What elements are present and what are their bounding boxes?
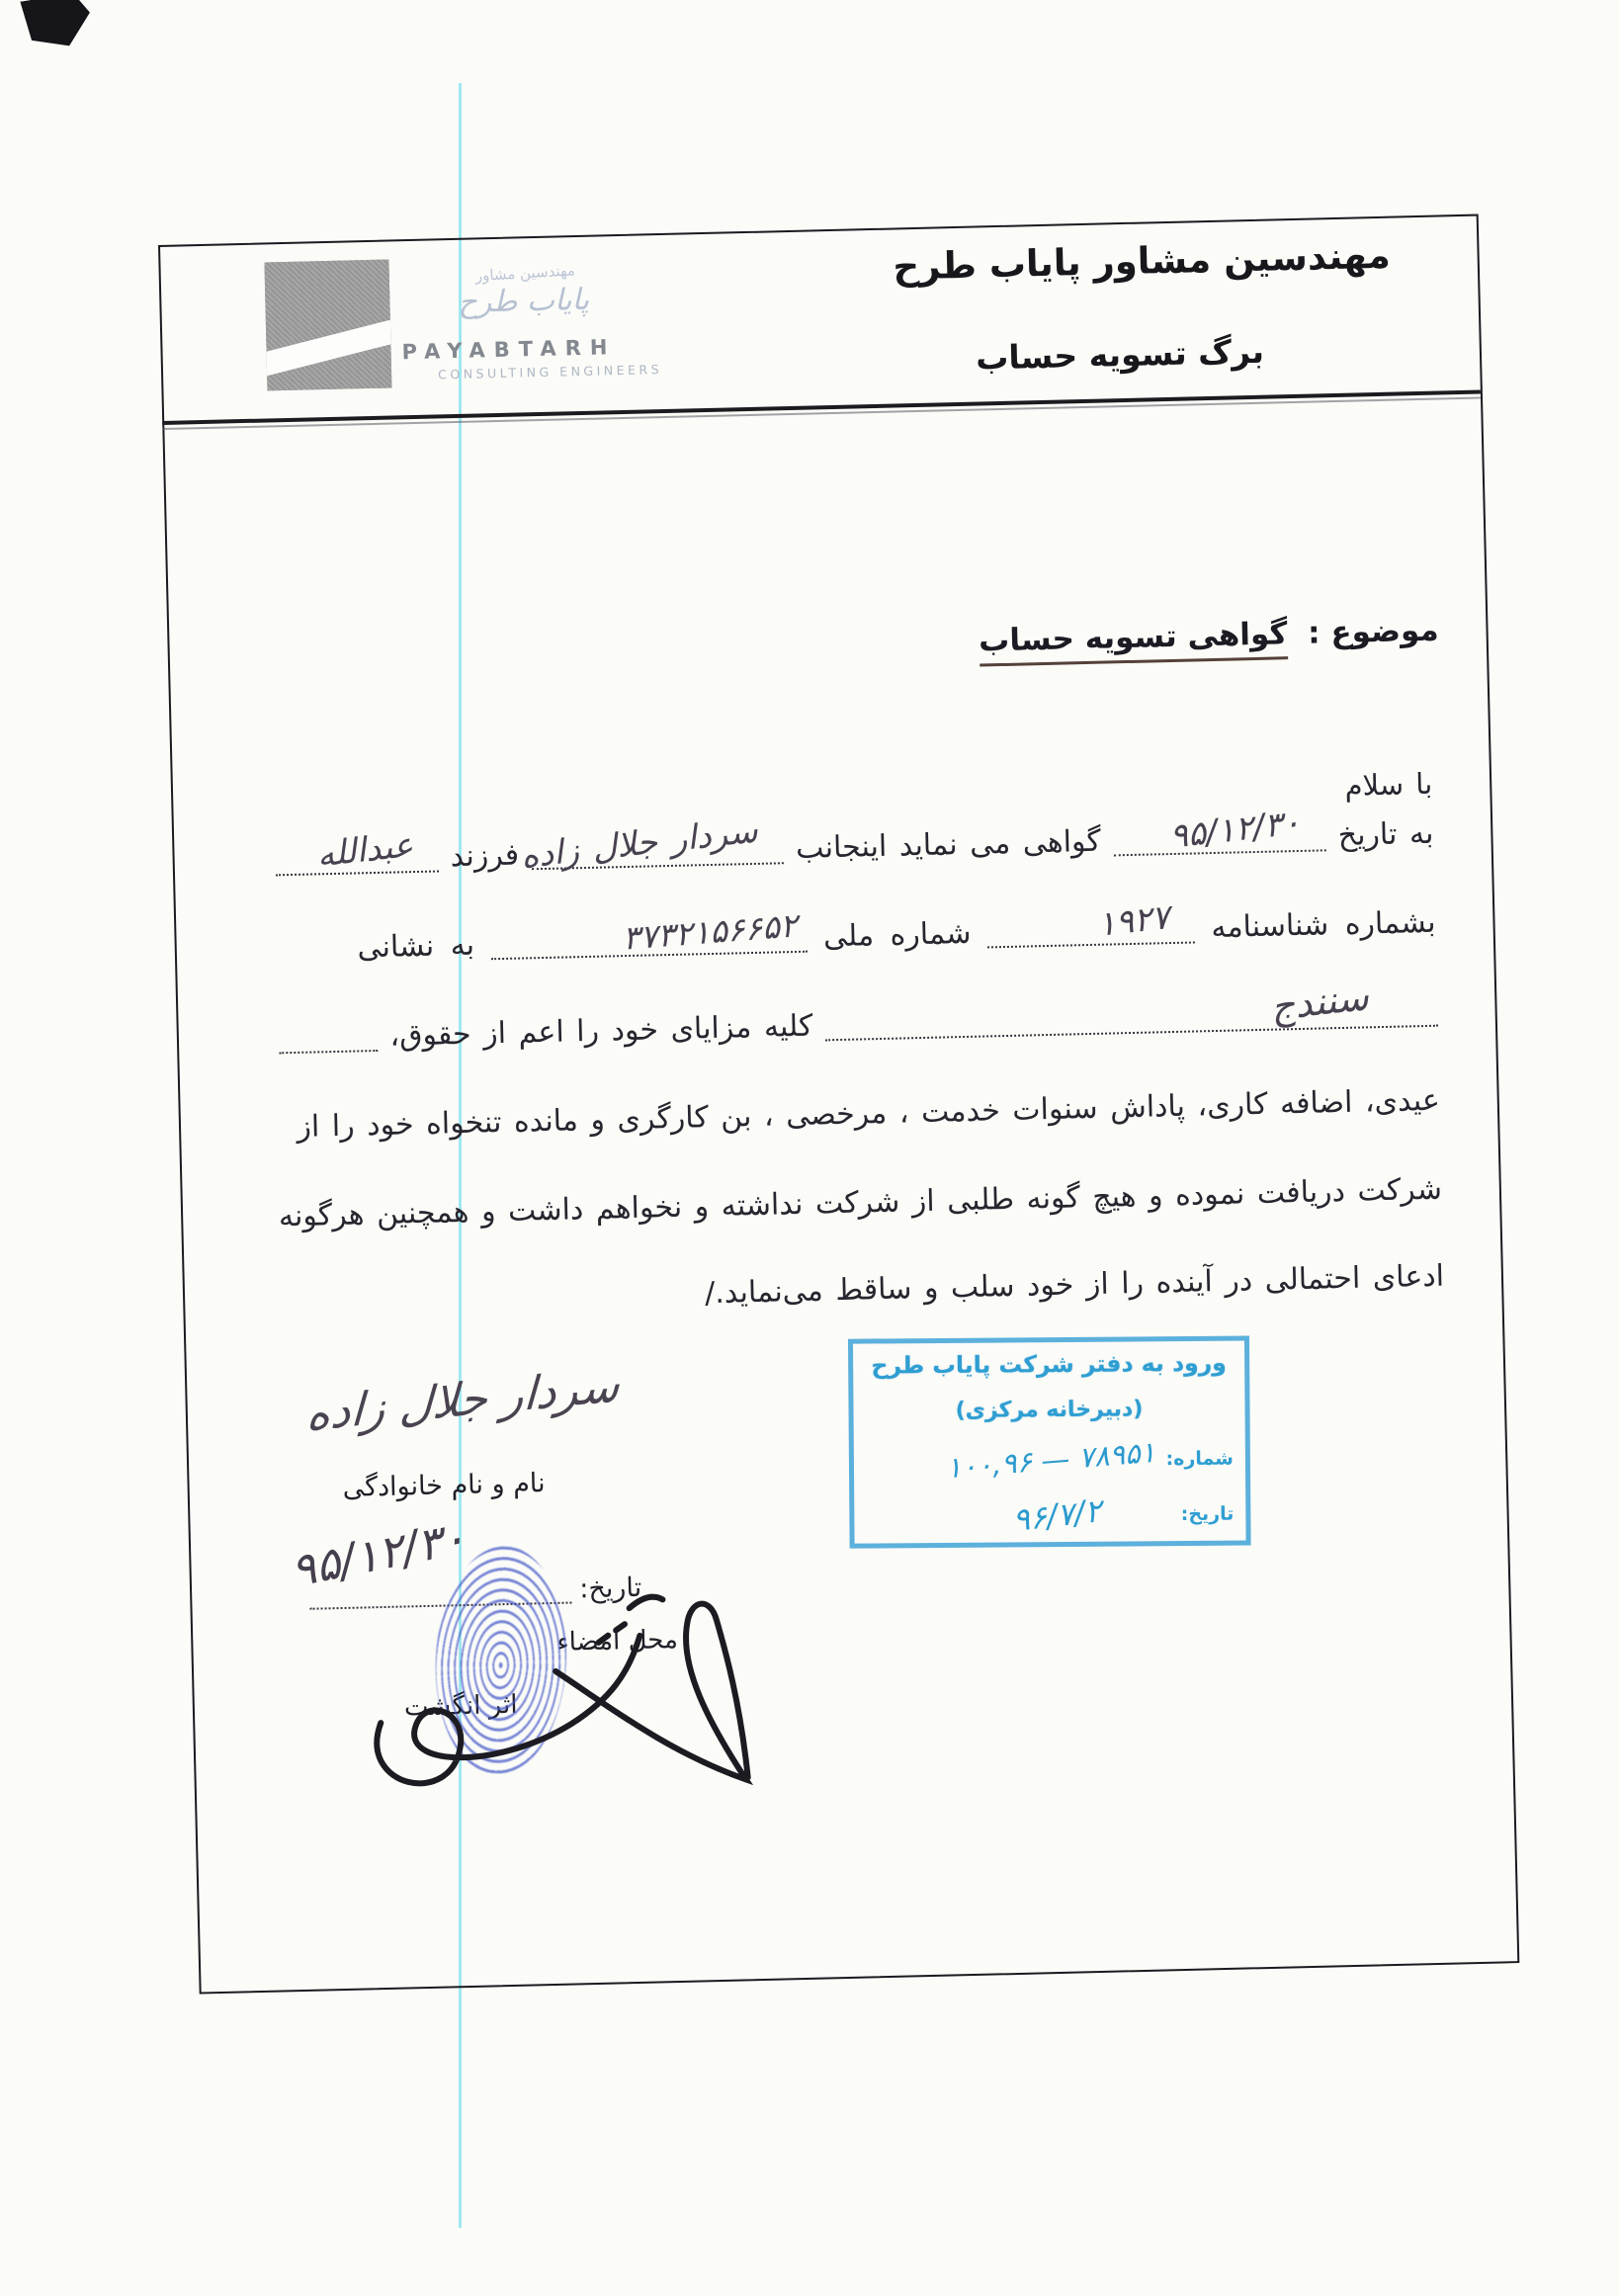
handwritten-signature-name: سردار جلال زاده (305, 1358, 621, 1441)
label-to-date: به تاریخ (1337, 816, 1433, 853)
name-surname-label: نام و نام خانوادگی (342, 1468, 546, 1503)
form-title: برگ تسویه حساب (976, 332, 1265, 378)
cert-no-blank-field: ۱۹۲۷ (987, 911, 1196, 948)
body-line-2: به تاریخ ۹۵/۱۲/۳۰ گواهی می نماید اینجانب… (210, 816, 1433, 880)
body-line-6: شرکت دریافت نموده و هیچ گونه طلبی از شرک… (218, 1172, 1442, 1235)
stamp-subtitle: (دبیرخانه مرکزی) (865, 1397, 1233, 1424)
body-line-4: سنندج کلیه مزایای خود را اعم از حقوق، (214, 994, 1438, 1058)
subject-value: گواهی تسویه حساب (979, 616, 1288, 666)
body-line-4-text: کلیه مزایای خود را اعم از حقوق، (389, 1009, 813, 1054)
body-line-5: عیدی، اضافه کاری، پاداش سنوات خدمت ، مرخ… (216, 1083, 1440, 1147)
stamp-title: ورود به دفتر شرکت پایاب طرح (865, 1349, 1233, 1380)
subject-label: موضوع : (1308, 613, 1439, 651)
name-blank-field: سردار جلال زاده (531, 832, 784, 870)
header-divider-line (162, 390, 1481, 425)
stamp-date-label: تاریخ: (1181, 1503, 1235, 1525)
label-national-id: شماره ملی (823, 916, 972, 955)
logo-faint-script-top: مهندسین مشاور (474, 261, 575, 285)
national-id-blank-field: ۳۷۳۲۱۵۶۶۵۲ (490, 921, 808, 961)
scanner-corner-artifact (20, 0, 94, 52)
subject-line: موضوع : گواهی تسویه حساب (979, 613, 1439, 659)
document-border-frame: مهندسین مشاور پایاب طرح PAYABTARH CONSUL… (158, 214, 1519, 1995)
stamp-number-value: ۱۰۰,۹۶ — ۷۸۹۵۱ (945, 1435, 1156, 1485)
handwritten-address: سنندج (1268, 975, 1371, 1029)
body-line-3: بشماره شناسنامه ۱۹۲۷ شماره ملی ۳۷۳۲۱۵۶۶۵… (212, 905, 1435, 969)
stamp-number-label: شماره: (1166, 1447, 1234, 1470)
logo-faint-script: پایاب طرح (458, 283, 589, 320)
office-entry-stamp: ورود به دفتر شرکت پایاب طرح (دبیرخانه مر… (848, 1335, 1251, 1548)
pen-signature (348, 1575, 779, 1823)
logo-latin-tagline: CONSULTING ENGINEERS (438, 362, 662, 382)
stamp-date-value: ۹۶/۷/۲ (1011, 1491, 1104, 1539)
handwritten-cert-no: ۱۹۲۷ (1096, 897, 1172, 945)
header-divider-line-2 (162, 397, 1481, 430)
date-blank-field: ۹۵/۱۲/۳۰ (1113, 819, 1326, 856)
label-cert-no: بشماره شناسنامه (1211, 905, 1436, 945)
father-blank-field: عبدالله (275, 841, 439, 877)
company-title: مهندسین مشاور پایاب طرح (893, 234, 1391, 289)
handwritten-national-id: ۳۷۳۲۱۵۶۶۵۲ (621, 905, 799, 957)
label-certifies: گواهی می نماید اینجانب (796, 824, 1101, 866)
trailing-dots (279, 1020, 379, 1054)
label-address: به نشانی (357, 928, 474, 966)
body-line-7: ادعای احتمالی در آینده را از خود سلب و س… (220, 1259, 1444, 1322)
handwritten-father-name: عبدالله (314, 825, 415, 876)
address-blank-field: سنندج (824, 995, 1438, 1042)
handwritten-date: ۹۵/۱۲/۳۰ (1168, 803, 1303, 856)
logo-latin-name: PAYABTARH (401, 335, 616, 364)
label-child-of: فرزند (450, 838, 519, 875)
scanned-document-page: مهندسین مشاور پایاب طرح PAYABTARH CONSUL… (0, 0, 1619, 2296)
company-logo (264, 260, 391, 391)
